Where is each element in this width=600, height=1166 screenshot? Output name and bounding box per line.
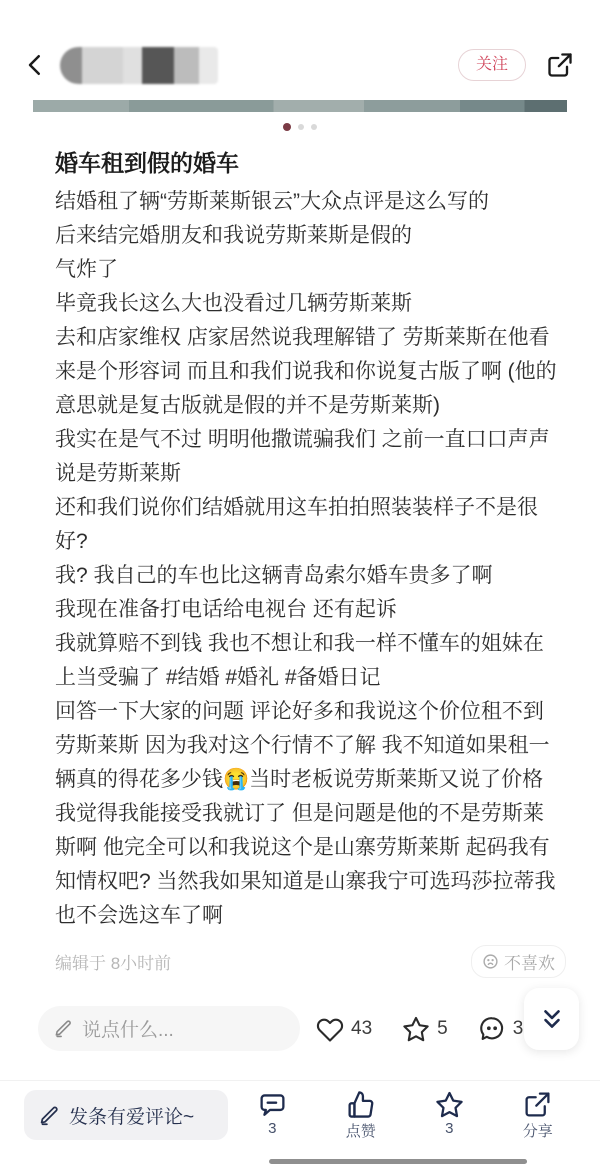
comment-action[interactable]: 3 (478, 1015, 524, 1043)
collect-count: 5 (437, 1018, 448, 1040)
bottom-collect-action[interactable]: 3 (405, 1090, 494, 1137)
carousel-dots (0, 123, 600, 131)
like-action[interactable]: 43 (316, 1015, 372, 1043)
post-paragraph: 气炸了 (55, 253, 562, 287)
post-paragraph: 我实在是气不过 明明他撒谎骗我们 之前一直口口声声说是劳斯莱斯 (55, 423, 562, 491)
bottom-share-action[interactable]: 分享 (494, 1090, 583, 1141)
comment-bubble-icon (258, 1090, 287, 1119)
bottom-share-label: 分享 (523, 1120, 553, 1141)
thumbs-up-icon (346, 1090, 375, 1119)
comment-input-placeholder: 说点什么... (82, 1015, 174, 1042)
bottom-comment-action[interactable]: 3 (228, 1090, 317, 1137)
star-icon (435, 1090, 464, 1119)
comment-count: 3 (513, 1018, 524, 1040)
redacted-username[interactable] (60, 47, 218, 84)
post-detail-screen: 关注 婚车租到假的婚车 结婚租了辆“劳斯莱斯银云”大众点评是这么写的后来结完婚朋… (0, 0, 600, 1166)
home-indicator[interactable] (269, 1159, 527, 1164)
bottom-action-bar: 发条有爱评论~ 3 点赞 3 分享 (0, 1080, 600, 1166)
bottom-like-label: 点赞 (346, 1120, 376, 1141)
post-paragraph: 我? 我自己的车也比这辆青岛索尔婚车贵多了啊 (55, 559, 562, 593)
bottom-comment-input[interactable]: 发条有爱评论~ (24, 1090, 228, 1140)
frown-face-icon (482, 953, 499, 970)
edited-timestamp: 编辑于 8小时前 (55, 949, 171, 974)
collapse-button[interactable] (524, 988, 579, 1050)
comment-input[interactable]: 说点什么... (38, 1006, 300, 1051)
follow-button[interactable]: 关注 (458, 49, 526, 81)
post-paragraph: 去和店家维权 店家居然说我理解错了 劳斯莱斯在他看来是个形容词 而且和我们说我和… (55, 321, 562, 423)
share-forward-icon (523, 1090, 552, 1119)
back-icon[interactable] (20, 50, 50, 80)
post-meta-row: 编辑于 8小时前 不喜欢 (55, 945, 566, 978)
like-count: 43 (351, 1018, 372, 1040)
chat-bubble-icon (478, 1015, 506, 1043)
post-body: 结婚租了辆“劳斯莱斯银云”大众点评是这么写的后来结完婚朋友和我说劳斯莱斯是假的气… (55, 185, 562, 933)
carousel-dot[interactable] (283, 123, 291, 131)
header-bar: 关注 (0, 0, 600, 86)
bottom-collect-count: 3 (445, 1120, 453, 1137)
collapsed-cover-image[interactable] (33, 100, 567, 112)
pencil-icon (54, 1019, 73, 1038)
star-icon (402, 1015, 430, 1043)
share-icon[interactable] (546, 51, 574, 79)
bottom-like-action[interactable]: 点赞 (317, 1090, 406, 1141)
post-paragraph: 回答一下大家的问题 评论好多和我说这个价位租不到劳斯莱斯 因为我对这个行情不了解… (55, 695, 562, 933)
bottom-comment-count: 3 (268, 1120, 276, 1137)
carousel-dot[interactable] (298, 124, 304, 130)
post-paragraph: 我现在准备打电话给电视台 还有起诉 (55, 593, 562, 627)
post-paragraph: 毕竟我长这么大也没看过几辆劳斯莱斯 (55, 287, 562, 321)
engagement-row: 说点什么... 43 5 3 (38, 1006, 578, 1051)
pencil-icon (39, 1105, 60, 1126)
post-paragraph: 后来结完婚朋友和我说劳斯莱斯是假的 (55, 219, 562, 253)
heart-icon (316, 1015, 344, 1043)
post-paragraph: 还和我们说你们结婚就用这车拍拍照装装样子不是很好? (55, 491, 562, 559)
post-paragraph: 我就算赔不到钱 我也不想让和我一样不懂车的姐妹在上当受骗了 #结婚 #婚礼 #备… (55, 627, 562, 695)
carousel-dot[interactable] (311, 124, 317, 130)
post-title: 婚车租到假的婚车 (55, 148, 560, 178)
dislike-button[interactable]: 不喜欢 (471, 945, 566, 978)
post-paragraph: 结婚租了辆“劳斯莱斯银云”大众点评是这么写的 (55, 185, 562, 219)
dislike-label: 不喜欢 (504, 949, 555, 974)
collect-action[interactable]: 5 (402, 1015, 448, 1043)
bottom-comment-placeholder: 发条有爱评论~ (69, 1102, 194, 1129)
double-chevron-down-icon (539, 1006, 565, 1032)
